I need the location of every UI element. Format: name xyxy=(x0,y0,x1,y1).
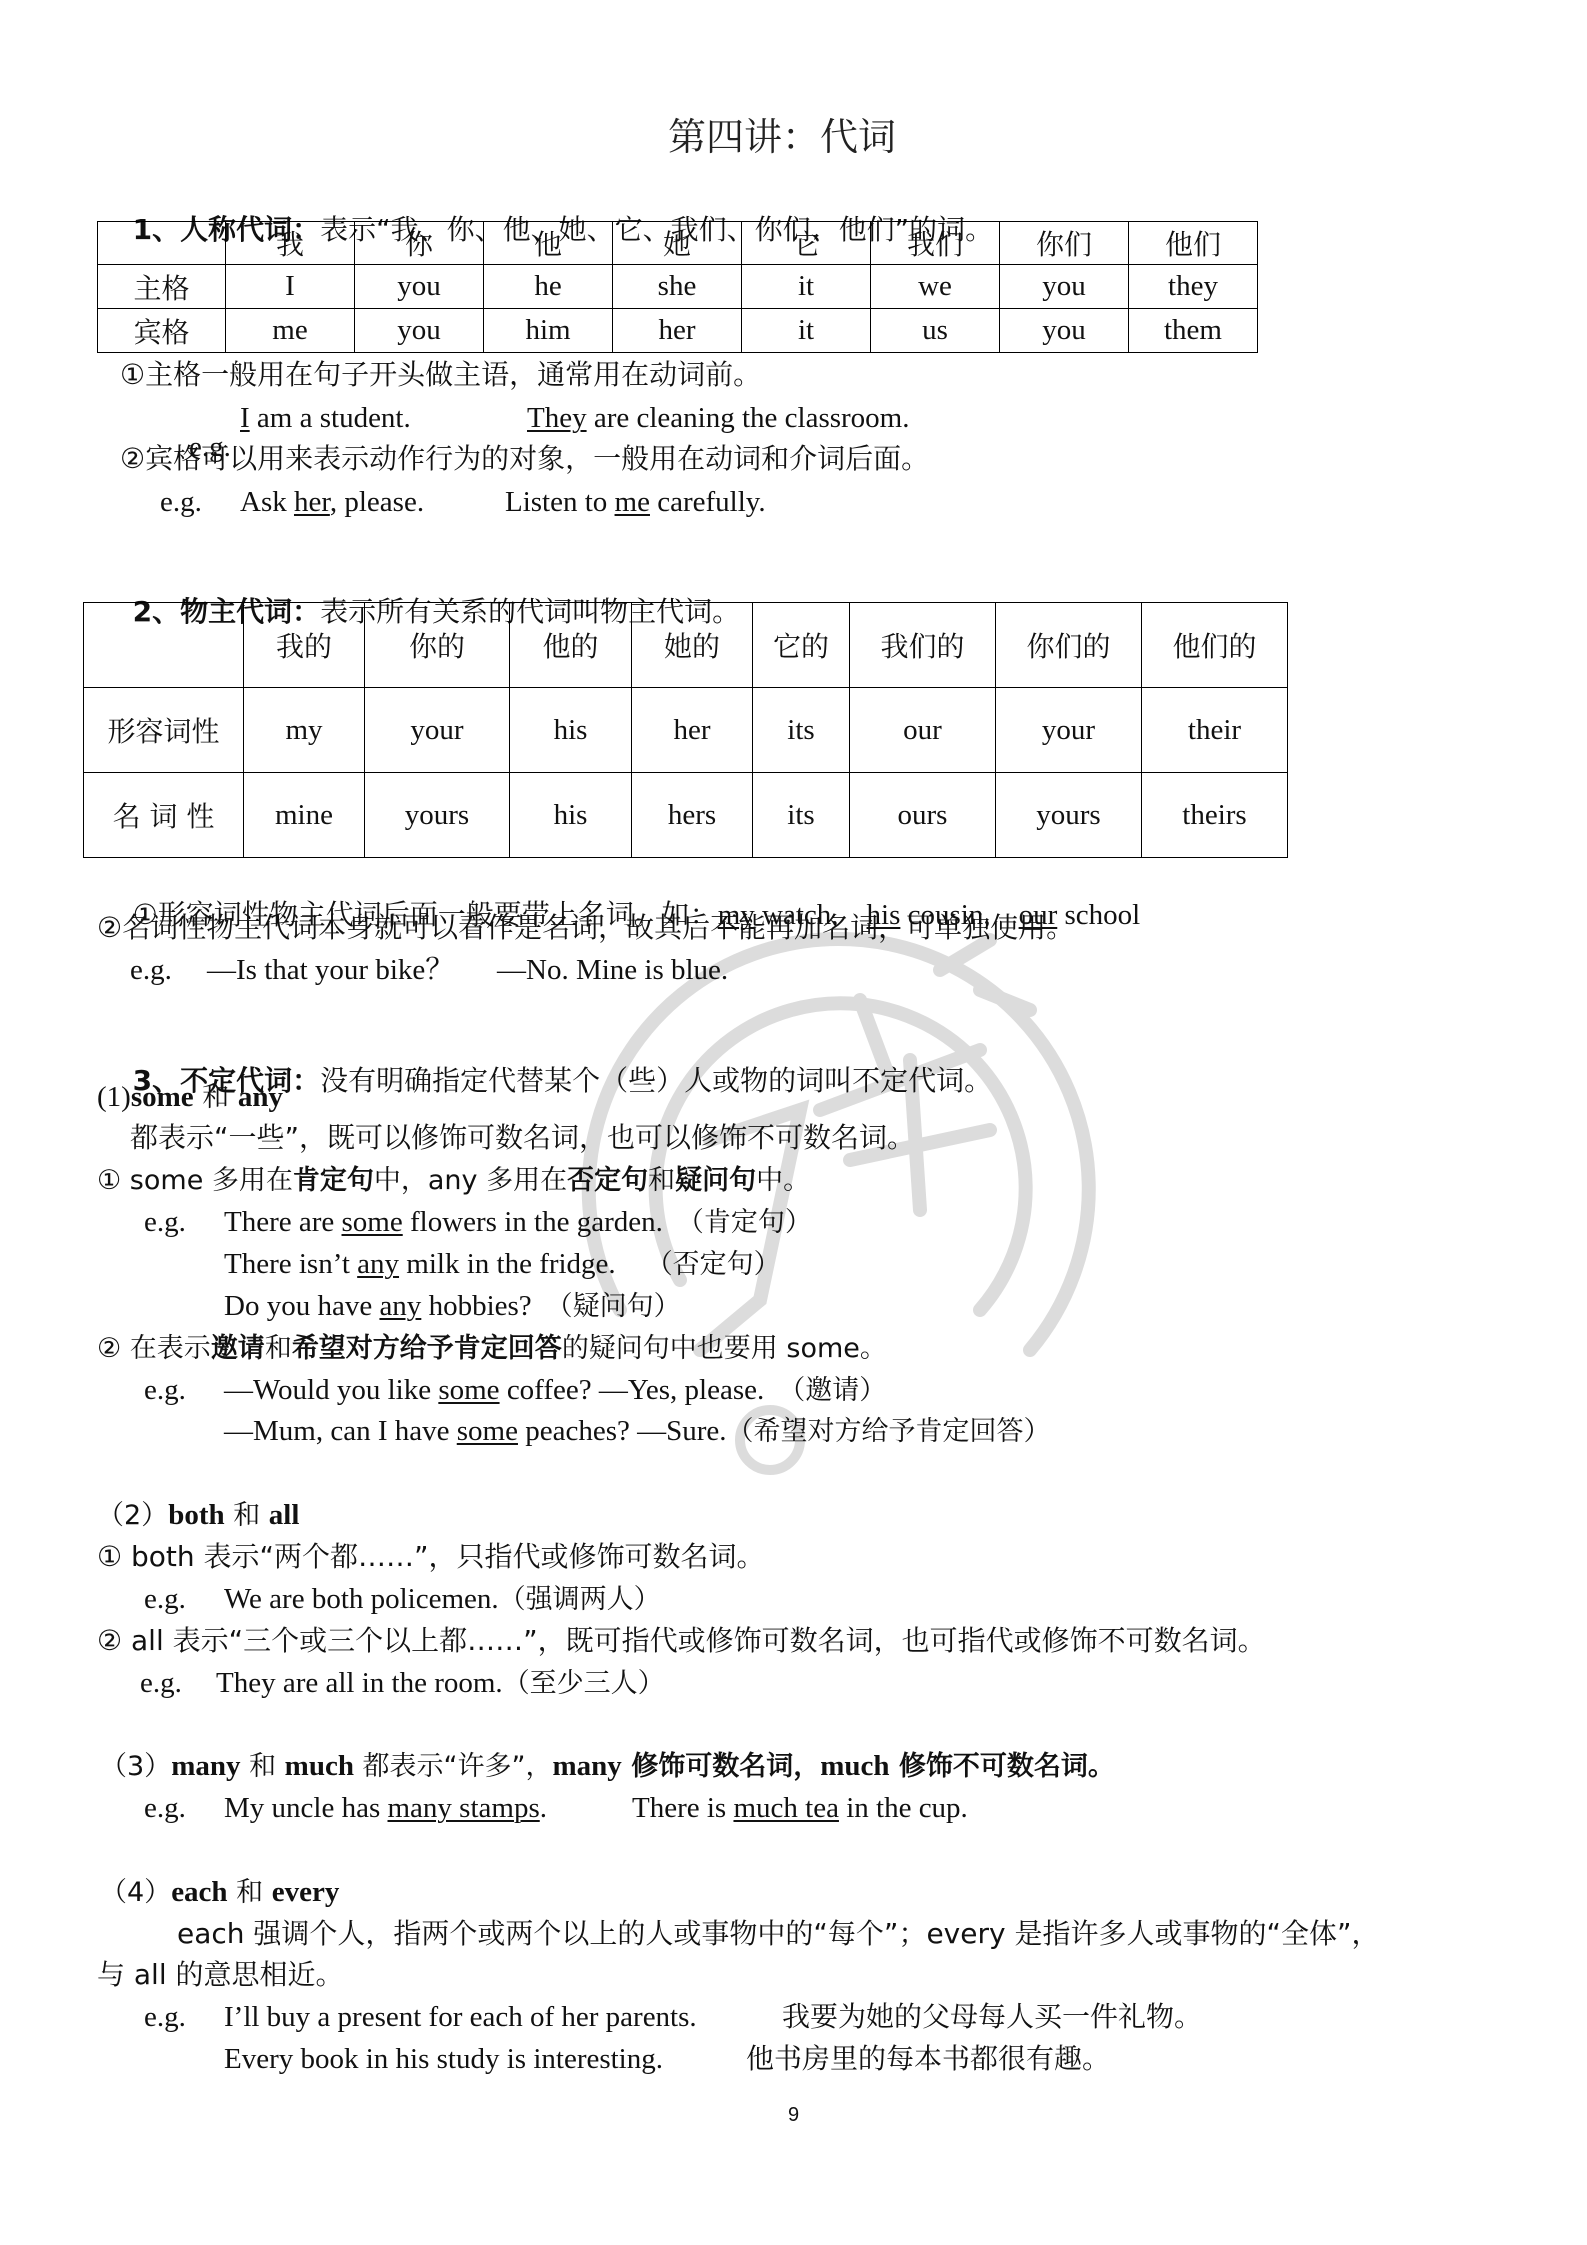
example-translation: 我要为她的父母每人买一件礼物。 xyxy=(782,2003,1202,2031)
table-cell: they xyxy=(1129,265,1258,309)
keyword: each xyxy=(171,1876,227,1908)
subsection-title: (1)some 和 any xyxy=(97,1083,283,1112)
keyword: all xyxy=(269,1499,300,1531)
table-cell: theirs xyxy=(1142,773,1288,858)
row-label: 主格 xyxy=(98,265,226,309)
table-cell: your xyxy=(996,688,1142,773)
sentence-text: Do you have xyxy=(224,1290,379,1322)
sentence-text: . xyxy=(540,1792,547,1824)
row-label: 形容词性 xyxy=(84,688,244,773)
underlined-word: any xyxy=(357,1248,399,1280)
note-line: ①主格一般用在句子开头做主语，通常用在动词前。 xyxy=(120,361,761,389)
connector: 和 xyxy=(228,1877,272,1908)
rule-keyword: 肯定句 xyxy=(293,1165,374,1196)
table-cell: their xyxy=(1142,688,1288,773)
table-header-cell: 我们的 xyxy=(850,603,996,688)
eg-label: e.g. xyxy=(160,488,202,517)
example-sentence: Ask her, please. xyxy=(240,488,424,517)
example-sentence: We are both policemen.（强调两人） xyxy=(224,1585,661,1614)
connector: 和 xyxy=(194,1082,238,1113)
table-cell: I xyxy=(226,265,355,309)
description-line: 都表示“一些”，既可以修饰可数名词，也可以修饰不可数名词。 xyxy=(130,1124,915,1152)
table-cell: it xyxy=(742,265,871,309)
row-label: 名 词 性 xyxy=(84,773,244,858)
example-sentence: They are all in the room.（至少三人） xyxy=(216,1669,665,1698)
example-sentence: They are cleaning the classroom. xyxy=(527,404,910,433)
table-cell: it xyxy=(742,309,871,353)
sentence-text: There are xyxy=(224,1206,342,1238)
table-cell: him xyxy=(484,309,613,353)
table-cell: yours xyxy=(996,773,1142,858)
rule-keyword: 邀请 xyxy=(211,1333,265,1364)
eg-label: e.g. xyxy=(144,1376,186,1405)
eg-label: e.g. xyxy=(144,1208,186,1237)
table-header-cell: 它 xyxy=(742,222,871,265)
example-sentence: Listen to me carefully. xyxy=(505,488,766,517)
sentence-note: （希望对方给予肯定回答） xyxy=(727,1416,1051,1447)
keyword: some xyxy=(131,1081,194,1113)
sentence-text: —Would you like xyxy=(224,1374,438,1406)
rule-keyword: 否定句 xyxy=(567,1165,648,1196)
example-sentence: I’ll buy a present for each of her paren… xyxy=(224,2003,697,2032)
subsection-number: (1) xyxy=(97,1081,131,1113)
table-cell: its xyxy=(753,688,850,773)
keyword: much xyxy=(285,1750,354,1782)
eg-label: e.g. xyxy=(140,1669,182,1698)
sentence-note: （强调两人） xyxy=(499,1584,661,1615)
row-label: 宾格 xyxy=(98,309,226,353)
table-cell: his xyxy=(510,773,632,858)
rule-line: ② 在表示邀请和希望对方给予肯定回答的疑问句中也要用 some。 xyxy=(97,1334,887,1363)
rule-number: ② xyxy=(97,1333,121,1364)
sentence-text: peaches? —Sure. xyxy=(518,1415,727,1447)
underlined-word: her xyxy=(294,486,330,518)
table-header-cell xyxy=(84,603,244,688)
sentence-text: They are all in the room. xyxy=(216,1667,503,1699)
keyword: much xyxy=(820,1750,889,1782)
personal-pronoun-table: 我 你 他 她 它 我们 你们 他们 主格 I you he she it we… xyxy=(97,221,1258,353)
sentence-note: （至少三人） xyxy=(503,1668,665,1699)
table-cell: hers xyxy=(632,773,753,858)
eg-label: e.g. xyxy=(144,1585,186,1614)
table-cell: me xyxy=(226,309,355,353)
table-cell: she xyxy=(613,265,742,309)
rule-text: 和 xyxy=(648,1165,675,1196)
keyword: both xyxy=(168,1499,224,1531)
table-header-cell: 我的 xyxy=(244,603,365,688)
sentence-text: We are both policemen. xyxy=(224,1583,499,1615)
rule-text: some 多用在 xyxy=(121,1165,293,1196)
possessive-pronoun-table: 我的 你的 他的 她的 它的 我们的 你们的 他们的 形容词性 my your … xyxy=(83,602,1288,858)
table-cell: he xyxy=(484,265,613,309)
subsection-title: （3）many 和 much 都表示“许多”，many 修饰可数名词，much … xyxy=(100,1752,1115,1781)
description-line: 与 all 的意思相近。 xyxy=(97,1961,344,1989)
keyword: many xyxy=(553,1750,622,1782)
rule-text: 和 xyxy=(265,1333,292,1364)
underlined-word: I xyxy=(240,402,250,434)
sentence-text: —Mum, can I have xyxy=(224,1415,457,1447)
table-header-cell: 她的 xyxy=(632,603,753,688)
rule-line: ① both 表示“两个都……”，只指代或修饰可数名词。 xyxy=(97,1543,765,1571)
subsection-title: （4）each 和 every xyxy=(100,1878,339,1907)
table-cell: you xyxy=(355,265,484,309)
rule-keyword: 希望对方给予肯定回答 xyxy=(292,1333,562,1364)
underlined-word: some xyxy=(438,1374,499,1406)
sentence-text: flowers in the garden. xyxy=(403,1206,663,1238)
sentence-text: There isn’t xyxy=(224,1248,357,1280)
page-title: 第四讲：代词 xyxy=(668,118,896,156)
sentence-text: am a student. xyxy=(250,402,411,434)
document-page: 第四讲：代词 1、人称代词：表示“我、你、他、她、它、我们、你们、他们”的词。 … xyxy=(0,0,1587,2245)
subsection-text: 都表示“许多”， xyxy=(354,1751,553,1782)
table-header-cell: 他的 xyxy=(510,603,632,688)
table-header-cell: 他们 xyxy=(1129,222,1258,265)
underlined-word: They xyxy=(527,402,587,434)
example-sentence: —Would you like some coffee? —Yes, pleas… xyxy=(224,1376,886,1405)
table-cell: you xyxy=(355,309,484,353)
description-line: each 强调个人，指两个或两个以上的人或事物中的“每个”；every 是指许多… xyxy=(177,1920,1379,1948)
underlined-word: much tea xyxy=(733,1792,838,1824)
rule-number: ① xyxy=(97,1165,121,1196)
section-description: 没有明确指定代替某个（些）人或物的词叫不定代词。 xyxy=(320,1064,992,1097)
underlined-word: some xyxy=(342,1206,403,1238)
table-cell: your xyxy=(365,688,510,773)
table-header-cell xyxy=(98,222,226,265)
subsection-number: （3） xyxy=(100,1751,171,1782)
sentence-note: （邀请） xyxy=(778,1375,886,1406)
example-sentence: —Mum, can I have some peaches? —Sure.（希望… xyxy=(224,1417,1051,1446)
rule-text: 在表示 xyxy=(121,1333,211,1364)
keyword: many xyxy=(171,1750,240,1782)
table-header-cell: 你们的 xyxy=(996,603,1142,688)
table-header-cell: 他们的 xyxy=(1142,603,1288,688)
rule-keyword: 疑问句 xyxy=(675,1165,756,1196)
table-cell: you xyxy=(1000,265,1129,309)
table-cell: our xyxy=(850,688,996,773)
table-header-cell: 我 xyxy=(226,222,355,265)
page-number: 9 xyxy=(788,2104,799,2127)
eg-label: e.g. xyxy=(144,1794,186,1823)
underlined-word: many stamps xyxy=(388,1792,540,1824)
table-cell: his xyxy=(510,688,632,773)
table-row: 主格 I you he she it we you they xyxy=(98,265,1258,309)
table-header-cell: 你们 xyxy=(1000,222,1129,265)
table-row: 宾格 me you him her it us you them xyxy=(98,309,1258,353)
table-cell: mine xyxy=(244,773,365,858)
table-cell: my xyxy=(244,688,365,773)
sentence-text: carefully. xyxy=(650,486,766,518)
underlined-word: some xyxy=(457,1415,518,1447)
table-header-row: 我 你 他 她 它 我们 你们 他们 xyxy=(98,222,1258,265)
example-sentence: There isn’t any milk in the fridge.（否定句） xyxy=(224,1250,781,1279)
table-header-cell: 你 xyxy=(355,222,484,265)
sentence-note: （疑问句） xyxy=(546,1291,681,1322)
example-translation: 他书房里的每本书都很有趣。 xyxy=(746,2045,1110,2073)
table-header-cell: 我们 xyxy=(871,222,1000,265)
rule-text: 的疑问句中也要用 some。 xyxy=(562,1333,887,1364)
sentence-text: milk in the fridge. xyxy=(399,1248,616,1280)
table-row: 形容词性 my your his her its our your their xyxy=(84,688,1288,773)
subsection-title: （2）both 和 all xyxy=(97,1501,299,1530)
subsection-number: （4） xyxy=(100,1877,171,1908)
sentence-text: Listen to xyxy=(505,486,615,518)
sentence-note: （否定句） xyxy=(646,1249,781,1280)
sentence-note: （肯定句） xyxy=(677,1207,812,1238)
table-cell: her xyxy=(632,688,753,773)
rule-text: 中。 xyxy=(756,1165,810,1196)
subsection-text: 修饰不可数名词。 xyxy=(890,1751,1115,1782)
connector: 和 xyxy=(240,1751,284,1782)
example-sentence: There is much tea in the cup. xyxy=(632,1794,968,1823)
table-cell: her xyxy=(613,309,742,353)
table-row: 名 词 性 mine yours his hers its ours yours… xyxy=(84,773,1288,858)
example-sentence: Every book in his study is interesting. xyxy=(224,2045,663,2074)
sentence-text: There is xyxy=(632,1792,733,1824)
table-header-cell: 她 xyxy=(613,222,742,265)
eg-label: e.g. xyxy=(144,2003,186,2032)
underlined-word: me xyxy=(615,486,650,518)
table-cell: you xyxy=(1000,309,1129,353)
eg-label: e.g. xyxy=(130,956,172,985)
rule-line: ① some 多用在肯定句中，any 多用在否定句和疑问句中。 xyxy=(97,1166,810,1195)
table-cell: us xyxy=(871,309,1000,353)
sentence-text: My uncle has xyxy=(224,1792,388,1824)
sentence-text: , please. xyxy=(330,486,424,518)
table-cell: we xyxy=(871,265,1000,309)
keyword: every xyxy=(272,1876,340,1908)
example-question: —Is that your bike？ xyxy=(207,956,454,985)
note-line: ②名词性物主代词本身就可以看作是名词，故其后不能再加名词，可单独使用。 xyxy=(97,914,1074,942)
sentence-text: hobbies? xyxy=(421,1290,531,1322)
sentence-text: are cleaning the classroom. xyxy=(587,402,910,434)
underlined-word: any xyxy=(379,1290,421,1322)
subsection-text: 修饰可数名词， xyxy=(622,1751,820,1782)
sentence-text: in the cup. xyxy=(839,1792,968,1824)
table-header-cell: 它的 xyxy=(753,603,850,688)
table-cell: yours xyxy=(365,773,510,858)
table-header-row: 我的 你的 他的 她的 它的 我们的 你们的 他们的 xyxy=(84,603,1288,688)
example-sentence: Do you have any hobbies?（疑问句） xyxy=(224,1292,681,1321)
sentence-text: coffee? —Yes, please. xyxy=(500,1374,765,1406)
connector: 和 xyxy=(225,1500,269,1531)
keyword: any xyxy=(238,1081,283,1113)
example-sentence: There are some flowers in the garden.（肯定… xyxy=(224,1208,812,1237)
table-cell: ours xyxy=(850,773,996,858)
sentence-text: Ask xyxy=(240,486,294,518)
table-cell: them xyxy=(1129,309,1258,353)
table-header-cell: 你的 xyxy=(365,603,510,688)
table-header-cell: 他 xyxy=(484,222,613,265)
example-sentence: I am a student. xyxy=(240,404,411,433)
example-answer: —No. Mine is blue. xyxy=(497,956,728,985)
rule-line: ② all 表示“三个或三个以上都……”，既可指代或修饰可数名词，也可指代或修饰… xyxy=(97,1627,1266,1655)
subsection-number: （2） xyxy=(97,1500,168,1531)
example-sentence: My uncle has many stamps. xyxy=(224,1794,547,1823)
note-line: ②宾格可以用来表示动作行为的对象，一般用在动词和介词后面。 xyxy=(120,445,929,473)
table-cell: its xyxy=(753,773,850,858)
rule-text: 中，any 多用在 xyxy=(374,1165,567,1196)
